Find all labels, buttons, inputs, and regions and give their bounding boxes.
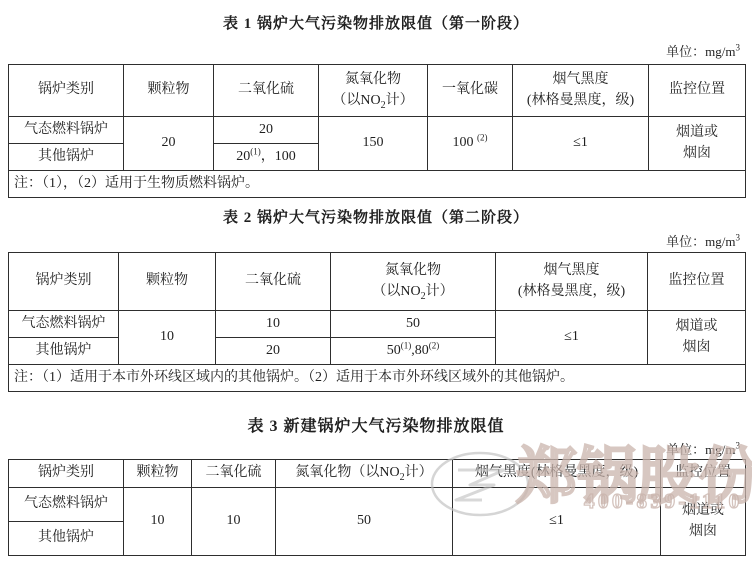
- table2-header-monitor: 监控位置: [648, 253, 746, 311]
- table2-so2-gas-value: 10: [216, 311, 331, 338]
- table3-gas-label: 气态燃料锅炉: [9, 488, 124, 522]
- table2-row-gas: 气态燃料锅炉 10 10 50 ≤1 烟道或烟囱: [9, 311, 746, 338]
- unit-text: 单位：mg/m: [666, 442, 735, 457]
- nox-footnote-marker1: (1): [401, 340, 412, 350]
- table3-header-monitor: 监控位置: [661, 460, 746, 488]
- table3-pm-value: 10: [124, 488, 192, 556]
- table1: 锅炉类别 颗粒物 二氧化硫 氮氧化物（以NO2计） 一氧化碳 烟气黑度(林格曼黑…: [8, 64, 746, 198]
- table3-other-label: 其他锅炉: [9, 522, 124, 556]
- table1-so2-other-value: 20(1)，100: [214, 144, 319, 171]
- table1-header-co: 一氧化碳: [428, 65, 513, 117]
- monitor-line1: 烟道或: [682, 503, 724, 518]
- table3-header-boiler-type: 锅炉类别: [9, 460, 124, 488]
- table3-header-nox: 氮氧化物（以NO2计）: [276, 460, 453, 488]
- table3-header-so2: 二氧化硫: [192, 460, 276, 488]
- table2-unit-label: 单位：mg/m3: [666, 231, 740, 250]
- table1-other-label: 其他锅炉: [9, 144, 124, 171]
- monitor-line2: 烟囱: [689, 524, 717, 539]
- unit-text: 单位：mg/m: [666, 44, 735, 59]
- so2-footnote-marker: (1): [250, 146, 261, 156]
- monitor-line2: 烟囱: [683, 146, 711, 161]
- unit-exponent: 3: [736, 233, 741, 243]
- table2-so2-other-value: 20: [216, 338, 331, 365]
- table2-monitor-value: 烟道或烟囱: [648, 311, 746, 365]
- table1-header-monitor: 监控位置: [649, 65, 746, 117]
- table1-header-row: 锅炉类别 颗粒物 二氧化硫 氮氧化物（以NO2计） 一氧化碳 烟气黑度(林格曼黑…: [9, 65, 746, 117]
- table2: 锅炉类别 颗粒物 二氧化硫 氮氧化物（以NO2计） 烟气黑度(林格曼黑度，级) …: [8, 252, 746, 392]
- table1-header-smoke: 烟气黑度(林格曼黑度，级): [513, 65, 649, 117]
- unit-exponent: 3: [736, 43, 741, 53]
- table2-title: 表 2 锅炉大气污染物排放限值（第二阶段）: [0, 206, 752, 227]
- table2-other-label: 其他锅炉: [9, 338, 119, 365]
- nox-line1: 氮氧化物: [345, 72, 401, 87]
- table2-header-row: 锅炉类别 颗粒物 二氧化硫 氮氧化物（以NO2计） 烟气黑度(林格曼黑度，级) …: [9, 253, 746, 311]
- table2-note: 注：（1）适用于本市外环线区域内的其他锅炉。（2）适用于本市外环线区域外的其他锅…: [9, 365, 746, 392]
- table2-header-particulate: 颗粒物: [119, 253, 216, 311]
- so2-other-base: 20: [236, 149, 250, 164]
- table1-unit-label: 单位：mg/m3: [666, 41, 740, 60]
- table3-unit-label: 单位：mg/m3: [666, 439, 740, 458]
- table1-gas-label: 气态燃料锅炉: [9, 117, 124, 144]
- table2-smoke-value: ≤1: [496, 311, 648, 365]
- co-base: 100: [453, 135, 478, 150]
- table1-row-gas: 气态燃料锅炉 20 20 150 100 (2) ≤1 烟道或烟囱: [9, 117, 746, 144]
- nox-line1: 氮氧化物: [385, 263, 441, 278]
- table1-header-so2: 二氧化硫: [214, 65, 319, 117]
- nox-line2b: 计）: [426, 284, 454, 299]
- table2-note-row: 注：（1）适用于本市外环线区域内的其他锅炉。（2）适用于本市外环线区域外的其他锅…: [9, 365, 746, 392]
- table3-monitor-value: 烟道或烟囱: [661, 488, 746, 556]
- table1-title: 表 1 锅炉大气污染物排放限值（第一阶段）: [0, 12, 752, 33]
- nox-part-b: 计）: [405, 465, 433, 480]
- co-footnote-marker: (2): [477, 133, 488, 143]
- monitor-line2: 烟囱: [683, 340, 711, 355]
- smoke-line1: 烟气黑度: [544, 263, 600, 278]
- table2-header-so2: 二氧化硫: [216, 253, 331, 311]
- unit-text: 单位：mg/m: [666, 234, 735, 249]
- table1-smoke-value: ≤1: [513, 117, 649, 171]
- table1-header-particulate: 颗粒物: [124, 65, 214, 117]
- table3-nox-value: 50: [276, 488, 453, 556]
- table2-header-boiler-type: 锅炉类别: [9, 253, 119, 311]
- table2-header-nox: 氮氧化物（以NO2计）: [331, 253, 496, 311]
- smoke-line2: (林格曼黑度，级): [527, 93, 634, 108]
- table1-note: 注：（1），（2）适用于生物质燃料锅炉。: [9, 171, 746, 198]
- table3-row-gas: 气态燃料锅炉 10 10 50 ≤1 烟道或烟囱: [9, 488, 746, 522]
- unit-exponent: 3: [736, 441, 741, 451]
- table2-gas-label: 气态燃料锅炉: [9, 311, 119, 338]
- table2-nox-gas-value: 50: [331, 311, 496, 338]
- monitor-line1: 烟道或: [676, 125, 718, 140]
- table2-nox-other-value: 50(1),80(2): [331, 338, 496, 365]
- table1-note-row: 注：（1），（2）适用于生物质燃料锅炉。: [9, 171, 746, 198]
- nox-part-a: 氮氧化物（以NO: [295, 465, 399, 480]
- nox-other-base1: 50: [387, 343, 401, 358]
- table3-header-smoke: 烟气黑度(林格曼黑度，级): [453, 460, 661, 488]
- nox-footnote-marker2: (2): [429, 340, 440, 350]
- table3: 锅炉类别 颗粒物 二氧化硫 氮氧化物（以NO2计） 烟气黑度(林格曼黑度，级) …: [8, 459, 746, 556]
- table1-nox-value: 150: [319, 117, 428, 171]
- nox-line2a: （以NO: [372, 284, 420, 299]
- table3-smoke-value: ≤1: [453, 488, 661, 556]
- smoke-line2: (林格曼黑度，级): [518, 284, 625, 299]
- table2-header-smoke: 烟气黑度(林格曼黑度，级): [496, 253, 648, 311]
- table1-monitor-value: 烟道或烟囱: [649, 117, 746, 171]
- monitor-line1: 烟道或: [676, 319, 718, 334]
- table3-header-particulate: 颗粒物: [124, 460, 192, 488]
- table3-header-row: 锅炉类别 颗粒物 二氧化硫 氮氧化物（以NO2计） 烟气黑度(林格曼黑度，级) …: [9, 460, 746, 488]
- nox-other-base2: ,80: [411, 343, 429, 358]
- table3-so2-value: 10: [192, 488, 276, 556]
- table2-pm-value: 10: [119, 311, 216, 365]
- nox-line2b: 计）: [386, 93, 414, 108]
- table1-header-nox: 氮氧化物（以NO2计）: [319, 65, 428, 117]
- table3-title: 表 3 新建锅炉大气污染物排放限值: [0, 413, 752, 436]
- nox-line2a: （以NO: [332, 93, 380, 108]
- table1-so2-gas-value: 20: [214, 117, 319, 144]
- smoke-line1: 烟气黑度: [553, 72, 609, 87]
- so2-other-rest: ，100: [261, 149, 296, 164]
- table1-co-value: 100 (2): [428, 117, 513, 171]
- table1-header-boiler-type: 锅炉类别: [9, 65, 124, 117]
- table1-pm-value: 20: [124, 117, 214, 171]
